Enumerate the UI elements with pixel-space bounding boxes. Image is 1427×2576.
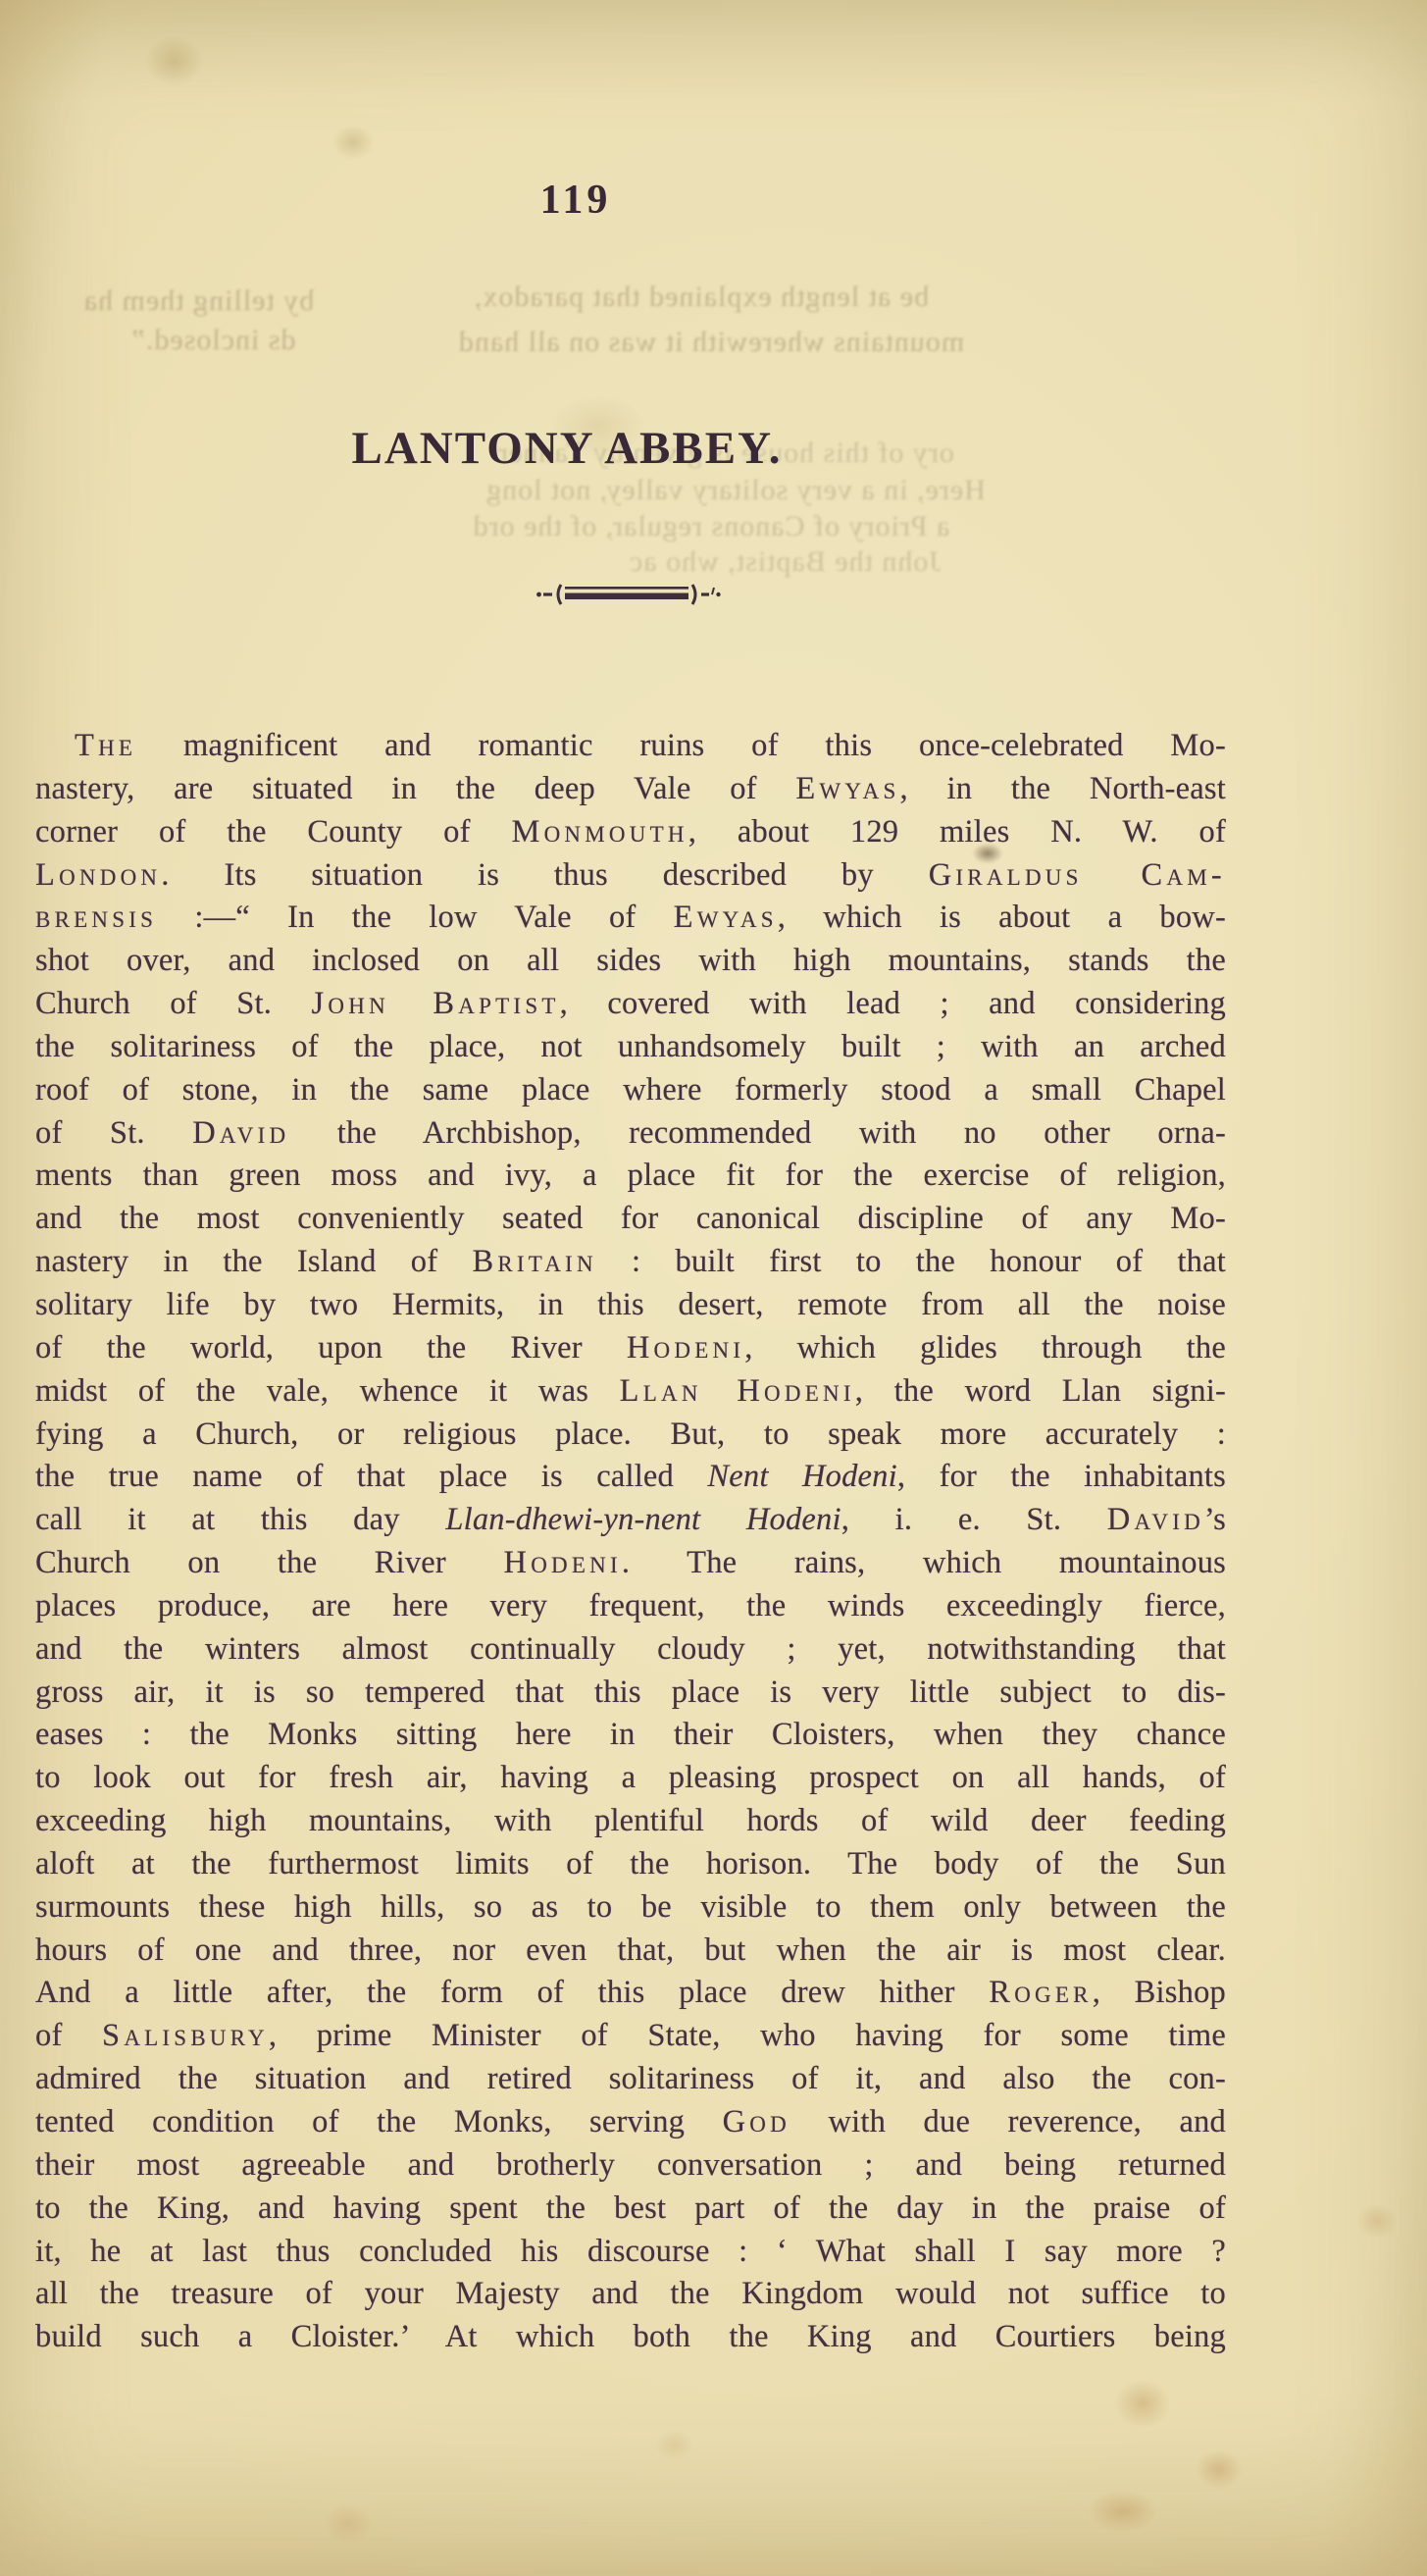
small-caps-text: brensis bbox=[35, 900, 157, 935]
text-line: to the King, and having spent the best p… bbox=[35, 2188, 1226, 2231]
small-caps-text: Monmouth bbox=[511, 814, 688, 850]
text-segment: nastery, are situated in the deep Vale o… bbox=[35, 771, 795, 806]
text-line: aloft at the furthermost limits of the h… bbox=[35, 1843, 1226, 1886]
text-line: of Salisbury, prime Minister of State, w… bbox=[35, 2015, 1226, 2058]
text-segment: Church of St. bbox=[35, 986, 312, 1021]
text-segment: tented condition of the Monks, serving bbox=[35, 2104, 723, 2139]
stain-spot bbox=[132, 25, 216, 98]
foxing-spot bbox=[1103, 2369, 1182, 2438]
text-segment: call it at this day bbox=[35, 1502, 445, 1537]
text-segment: nastery in the Island of bbox=[35, 1244, 472, 1279]
text-line: of St. David the Archbishop, recommended… bbox=[35, 1112, 1226, 1156]
text-segment: fying a Church, or religious place. But,… bbox=[35, 1417, 1226, 1452]
text-line: exceeding high mountains, with plentiful… bbox=[35, 1800, 1226, 1843]
text-segment: gross air, it is so tempered that this p… bbox=[35, 1674, 1226, 1710]
small-caps-text: Britain bbox=[472, 1244, 596, 1279]
text-segment: exceeding high mountains, with plentiful… bbox=[35, 1803, 1226, 1838]
book-page: by telling them habe at length explained… bbox=[0, 0, 1427, 2576]
text-segment: of bbox=[35, 2018, 102, 2053]
text-segment: : built first to the honour of that bbox=[597, 1244, 1226, 1279]
text-segment: . Its situation is thus described by bbox=[161, 857, 928, 893]
text-segment: roof of stone, in the same place where f… bbox=[35, 1072, 1226, 1108]
text-segment: And a little after, the form of this pla… bbox=[35, 1975, 989, 2010]
foxing-spot bbox=[1349, 2197, 1405, 2244]
text-segment: :—“ In the low Vale of bbox=[157, 900, 673, 935]
text-segment: , covered with lead ; and considering bbox=[560, 986, 1226, 1021]
text-line: it, he at last thus concluded his discou… bbox=[35, 2231, 1226, 2274]
text-line: nastery in the Island of Britain : built… bbox=[35, 1241, 1226, 1284]
text-segment: and the most conveniently seated for can… bbox=[35, 1201, 1226, 1236]
text-line: call it at this day Llan-dhewi-yn-nent H… bbox=[35, 1499, 1226, 1542]
text-line: fying a Church, or religious place. But,… bbox=[35, 1414, 1226, 1457]
text-line: their most agreeable and brotherly conve… bbox=[35, 2144, 1226, 2188]
text-segment: solitary life by two Hermits, in this de… bbox=[35, 1287, 1226, 1322]
text-segment: , for the inhabitants bbox=[897, 1459, 1226, 1494]
text-segment: the true name of that place is called bbox=[35, 1459, 707, 1494]
text-segment: build such a Cloister.’ At which both th… bbox=[35, 2319, 1226, 2354]
text-line: corner of the County of Monmouth, about … bbox=[35, 811, 1226, 854]
foxing-spot bbox=[1074, 2482, 1172, 2541]
text-line: solitary life by two Hermits, in this de… bbox=[35, 1284, 1226, 1327]
text-line: and the winters almost continually cloud… bbox=[35, 1628, 1226, 1672]
text-line: London. Its situation is thus described … bbox=[35, 854, 1226, 898]
small-caps-text: Hodeni bbox=[504, 1545, 622, 1580]
bleedthrough-text: John the Baptist, who ac bbox=[510, 545, 1059, 579]
small-caps-text: Hodeni bbox=[627, 1330, 744, 1365]
text-line: surmounts these high hills, so as to be … bbox=[35, 1886, 1226, 1930]
text-line: shot over, and inclosed on all sides wit… bbox=[35, 940, 1226, 983]
text-segment: aloft at the furthermost limits of the h… bbox=[35, 1846, 1226, 1881]
text-segment: and the winters almost continually cloud… bbox=[35, 1631, 1226, 1667]
foxing-spot bbox=[1187, 2443, 1251, 2497]
small-caps-text: God bbox=[723, 2104, 790, 2139]
text-segment: surmounts these high hills, so as to be … bbox=[35, 1889, 1226, 1925]
divider-ornament-graphic bbox=[535, 581, 722, 608]
text-segment: to look out for fresh air, having a plea… bbox=[35, 1760, 1226, 1795]
small-caps-text: Salisbury bbox=[102, 2018, 269, 2053]
text-segment: corner of the County of bbox=[35, 814, 511, 850]
small-caps-text: David bbox=[1107, 1502, 1204, 1537]
text-line: all the treasure of your Majesty and the… bbox=[35, 2273, 1226, 2316]
text-segment: shot over, and inclosed on all sides wit… bbox=[35, 943, 1226, 978]
text-line: of the world, upon the River Hodeni, whi… bbox=[35, 1327, 1226, 1370]
bleedthrough-text: mountains wherewith it was on all hand bbox=[378, 326, 1045, 359]
bleedthrough-text: a Priory of Canons regular, of the ord bbox=[333, 510, 1089, 543]
text-segment: ments than green moss and ivy, a place f… bbox=[35, 1158, 1226, 1193]
text-segment: , about 129 miles N. W. of bbox=[688, 814, 1226, 850]
text-segment: , in the North-east bbox=[900, 771, 1227, 806]
text-segment: , prime Minister of State, who having fo… bbox=[269, 2018, 1226, 2053]
text-line: The magnificent and romantic ruins of th… bbox=[35, 725, 1226, 768]
text-segment: to the King, and having spent the best p… bbox=[35, 2190, 1226, 2226]
text-line: build such a Cloister.’ At which both th… bbox=[35, 2316, 1226, 2359]
text-segment: , which is about a bow- bbox=[778, 900, 1226, 935]
text-segment: , the word Llan signi- bbox=[855, 1373, 1226, 1409]
text-line: And a little after, the form of this pla… bbox=[35, 1972, 1226, 2015]
small-caps-text: The bbox=[75, 728, 136, 763]
text-line: roof of stone, in the same place where f… bbox=[35, 1069, 1226, 1112]
text-segment: the solitariness of the place, not unhan… bbox=[35, 1029, 1226, 1064]
italic-text: Nent Hodeni bbox=[707, 1459, 896, 1494]
stain-spot bbox=[324, 118, 382, 167]
small-caps-text: Ewyas bbox=[674, 900, 778, 935]
text-line: hours of one and three, nor even that, b… bbox=[35, 1930, 1226, 1973]
italic-text: Llan-dhewi-yn-nent Hodeni bbox=[445, 1502, 841, 1537]
text-line: admired the situation and retired solita… bbox=[35, 2058, 1226, 2101]
text-segment: Church on the River bbox=[35, 1545, 504, 1580]
text-segment: eases : the Monks sitting here in their … bbox=[35, 1717, 1226, 1752]
text-segment: , i. e. St. bbox=[841, 1502, 1107, 1537]
text-segment: ’s bbox=[1204, 1502, 1226, 1537]
text-line: tented condition of the Monks, serving G… bbox=[35, 2101, 1226, 2144]
text-segment: hours of one and three, nor even that, b… bbox=[35, 1932, 1226, 1968]
text-line: the solitariness of the place, not unhan… bbox=[35, 1026, 1226, 1069]
page-number: 119 bbox=[517, 177, 635, 224]
text-line: to look out for fresh air, having a plea… bbox=[35, 1757, 1226, 1800]
text-line: gross air, it is so tempered that this p… bbox=[35, 1672, 1226, 1715]
foxing-spot bbox=[314, 2497, 382, 2550]
text-line: Church of St. John Baptist, covered with… bbox=[35, 983, 1226, 1026]
bleedthrough-text: Here, in a very solitary valley, not lon… bbox=[353, 474, 1118, 507]
small-caps-text: Giraldus Cam- bbox=[929, 857, 1226, 893]
text-segment: of St. bbox=[35, 1115, 192, 1151]
body-text: The magnificent and romantic ruins of th… bbox=[35, 725, 1226, 2359]
text-line: eases : the Monks sitting here in their … bbox=[35, 1714, 1226, 1757]
text-segment: places produce, are here very frequent, … bbox=[35, 1588, 1226, 1623]
text-line: Church on the River Hodeni. The rains, w… bbox=[35, 1542, 1226, 1585]
bleedthrough-text: be at length explained that paradox, bbox=[387, 281, 1015, 314]
text-line: ments than green moss and ivy, a place f… bbox=[35, 1155, 1226, 1198]
divider-ornament bbox=[535, 581, 722, 608]
text-line: and the most conveniently seated for can… bbox=[35, 1198, 1226, 1241]
small-caps-text: John Baptist bbox=[312, 986, 560, 1021]
small-caps-text: Ewyas bbox=[795, 771, 899, 806]
text-segment: admired the situation and retired solita… bbox=[35, 2061, 1226, 2096]
page-title: LANTONY ABBEY. bbox=[37, 422, 1096, 475]
text-segment: it, he at last thus concluded his discou… bbox=[35, 2234, 1226, 2269]
foxing-spot bbox=[647, 2423, 701, 2467]
text-segment: , Bishop bbox=[1093, 1975, 1226, 2010]
text-segment: , which glides through the bbox=[744, 1330, 1226, 1365]
small-caps-text: David bbox=[192, 1115, 289, 1151]
text-segment: magnificent and romantic ruins of this o… bbox=[136, 728, 1226, 763]
small-caps-text: Llan Hodeni bbox=[620, 1373, 855, 1409]
text-line: places produce, are here very frequent, … bbox=[35, 1585, 1226, 1628]
text-segment: the Archbishop, recommended with no othe… bbox=[289, 1115, 1226, 1151]
small-caps-text: Roger bbox=[989, 1975, 1092, 2010]
text-segment: midst of the vale, whence it was bbox=[35, 1373, 620, 1409]
text-line: brensis :—“ In the low Vale of Ewyas, wh… bbox=[35, 897, 1226, 940]
text-segment: . The rains, which mountainous bbox=[622, 1545, 1226, 1580]
text-line: midst of the vale, whence it was Llan Ho… bbox=[35, 1370, 1226, 1414]
bleedthrough-text: ds inclosed.” bbox=[59, 324, 368, 357]
bleedthrough-text: by telling them ha bbox=[29, 284, 368, 318]
text-line: nastery, are situated in the deep Vale o… bbox=[35, 768, 1226, 811]
text-segment: their most agreeable and brotherly conve… bbox=[35, 2147, 1226, 2183]
text-line: the true name of that place is called Ne… bbox=[35, 1456, 1226, 1499]
text-segment: with due reverence, and bbox=[790, 2104, 1226, 2139]
small-caps-text: London bbox=[35, 857, 161, 893]
text-segment: all the treasure of your Majesty and the… bbox=[35, 2276, 1226, 2311]
text-segment: of the world, upon the River bbox=[35, 1330, 627, 1365]
